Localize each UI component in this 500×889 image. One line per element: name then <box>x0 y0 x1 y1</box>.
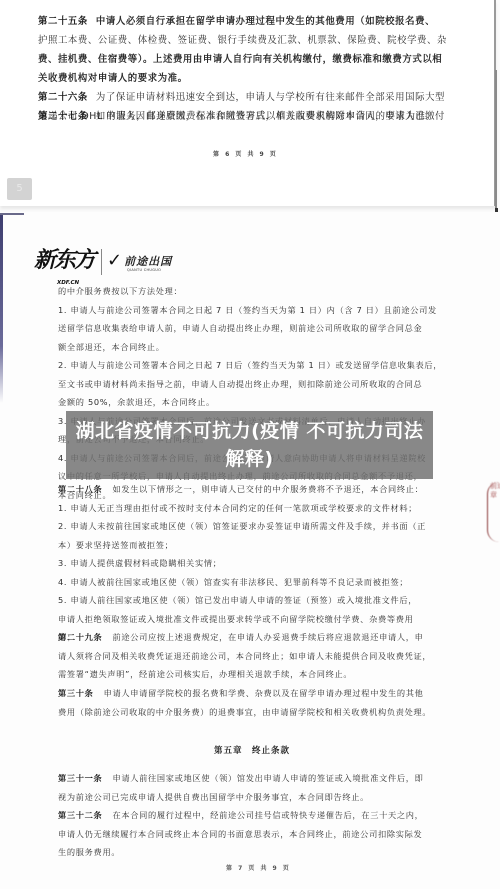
article-number: 第二十八条 <box>58 484 102 494</box>
clause-line: 送留学信息收集表给申请人前，申请人自动提出终止办理，则前途公司所收取的留学合同总… <box>58 319 442 338</box>
article-number: 第二十七条 <box>38 111 88 122</box>
article-line: 在本合同的履行过程中，经前途公司挂号信或特快专递催告后，在三十天之内， <box>112 810 423 820</box>
article-line: 费、挂机费、住宿费等）。上述费用由申请人自行向有关机构缴付，缴费标准和缴费方式以… <box>38 50 447 69</box>
article-32: 第三十二条在本合同的履行过程中，经前途公司挂号信或特快专递催告后，在三十天之内，… <box>58 806 424 862</box>
clause-line: 4. 申请人被前往国家或地区使（领）馆查实有非法移民、犯罪前科等不良记录而被拒签… <box>58 573 426 592</box>
article-line: 申请人前往国家或地区使（领）馆发出申请人申请的签证或入境批准文件后，即 <box>112 773 423 783</box>
page-edge <box>0 213 3 403</box>
xdf-logo: 新东方 XDF.CN <box>34 249 94 273</box>
article-27: 第二十七条如申请人因自身原因，在本合同签署后，单方面要求解除本合同，申请人已缴付 <box>38 107 445 126</box>
article-line: 护照工本费、公证费、体检费、签证费、银行手续费及汇款、机票款、保险费、院校学费、… <box>38 31 447 50</box>
article-number: 第二十五条 <box>38 16 88 27</box>
clause-line: 1. 申请人与前途公司签署本合同之日起 7 日（签约当天为第 1 日）内（含 7… <box>58 301 442 320</box>
page-number: 第 7 页 共 9 页 <box>226 863 291 872</box>
page-number: 第 6 页 共 9 页 <box>213 149 278 158</box>
clause-line: 至文书或申请材料尚未指导之前，申请人自动提出终止办理，则扣除前途公司所收取的合同… <box>58 375 442 394</box>
article-number: 第三十条 <box>58 688 94 698</box>
article-number: 第二十六条 <box>38 92 88 103</box>
document-viewer: 第二十五条中请人必须自行承担在留学申请办理过程中发生的其他费用（如院校报名费、 … <box>0 0 500 889</box>
brand-name: 新东方 <box>34 248 94 273</box>
clause-line: 费用（除前途公司收取的中介服务费）的退费事宜，由申请留学院校和相关收费机构负责处… <box>58 703 431 722</box>
intro-line: 的中介服务费按以下方法处理： <box>58 282 442 301</box>
clause-line: 请人须将合同及相关收费凭证退还前途公司，本合同终止；如申请人未能提供合同及收费凭… <box>58 647 431 666</box>
article-28: 第二十八条如发生以下情形之一，则申请人已交付的中介服务费将不予退还，本合同终止：… <box>58 480 426 647</box>
qiantu-mark-icon: ✓ <box>107 251 122 271</box>
article-line: 为了保证申请材料迅速安全到达，申请人与学校所有往来邮件全部采用国际大型 <box>96 92 445 103</box>
contract-page-6: 第二十五条中请人必须自行承担在留学申请办理过程中发生的其他费用（如院校报名费、 … <box>0 0 496 206</box>
title-caption: 湖北省疫情不可抗力(疫情 不可抗力司法解释) <box>66 411 433 479</box>
red-seal-stamp: 前途 章 <box>487 482 500 542</box>
clause-line: 额全部退还，本合同终止。 <box>58 338 442 357</box>
article-line: 前途公司应按上述退费规定，在申请人办妥退费手续后将应退款退还申请人，申 <box>112 632 423 642</box>
article-31: 第三十一条申请人前往国家或地区使（领）馆发出申请人申请的签证或入境批准文件后，即… <box>58 769 424 806</box>
article-line: 中请人必须自行承担在留学申请办理过程中发生的其他费用（如院校报名费、 <box>96 16 435 27</box>
article-line: 关收费机构对申请人的要求为准。 <box>38 69 447 88</box>
article-number: 第三十一条 <box>58 773 102 783</box>
scrollbar-track[interactable] <box>495 70 497 210</box>
article-number: 第二十九条 <box>58 632 102 642</box>
clause-line: 5. 申请人前往国家或地区使（领）馆已发出申请人申请的签证（预签）或入境批准文件… <box>58 591 426 610</box>
page-badge[interactable]: 5 <box>7 178 32 200</box>
clause-line: 1. 申请人无正当理由拒付或不按时支付本合同约定的任何一笔款项或学校要求的文件材… <box>58 499 426 518</box>
clause-line: 3. 申请人提供虚假材料或隐瞒相关实情； <box>58 554 426 573</box>
article-line: 如发生以下情形之一，则申请人已交付的中介服务费将不予退还，本合同终止： <box>112 484 423 494</box>
clause-line: 申请人拒绝领取签证或入境批准文件或提出要求转学或不向留学院校缴付学费、杂费等费用 <box>58 610 426 629</box>
partner-sub: QIANTU CHUGUO <box>127 268 161 272</box>
page-edge <box>0 213 24 215</box>
article-line: 如申请人因自身原因，在本合同签署后，单方面要求解除本合同，申请人已缴付 <box>96 111 445 122</box>
logo-divider <box>101 249 102 275</box>
clause-line: 申请人仍无继续履行本合同或终止本合同的书面意思表示，本合同终止，前途公司扣除实际… <box>58 825 424 844</box>
article-line: 申请人申请留学院校的报名费和学费、杂费以及在留学申请办理过程中发生的其他 <box>104 688 424 698</box>
article-30: 第三十条申请人申请留学院校的报名费和学费、杂费以及在留学申请办理过程中发生的其他… <box>58 684 431 721</box>
clause-line: 2. 申请人与前途公司签署本合同之日起 7 日后（签约当天为第 1 日）或发送留… <box>58 356 442 375</box>
clause-line: 2. 申请人未按前往国家或地区使（领）馆签证要求办妥签证申请所需文件及手续，并书… <box>58 517 426 536</box>
article-29: 第二十九条前途公司应按上述退费规定，在申请人办妥退费手续后将应退款退还申请人，申… <box>58 628 431 684</box>
article-number: 第三十二条 <box>58 810 102 820</box>
clause-line: 金额的 50%，余款退还，本合同终止。 <box>58 393 442 412</box>
clause-line: 需签署“遗失声明”，经前途公司核实后，办理相关退款手续，本合同终止。 <box>58 665 431 684</box>
qiantu-logo: ✓ 前途出国 QIANTU CHUGUO <box>107 249 172 273</box>
clause-line: 本）要求坚持送签而被拒签； <box>58 536 426 555</box>
company-logo: 新东方 XDF.CN ✓ 前途出国 QIANTU CHUGUO <box>34 249 172 281</box>
partner-name: 前途出国 <box>124 253 172 269</box>
chapter-heading: 第五章 终止条款 <box>214 744 290 756</box>
article-25: 第二十五条中请人必须自行承担在留学申请办理过程中发生的其他费用（如院校报名费、 … <box>38 12 447 88</box>
clause-line: 视为前途公司已完成申请人提供自费出国留学中介服务事宜，本合同即告终止。 <box>58 788 424 807</box>
clause-line: 生的服务费用。 <box>58 843 424 862</box>
